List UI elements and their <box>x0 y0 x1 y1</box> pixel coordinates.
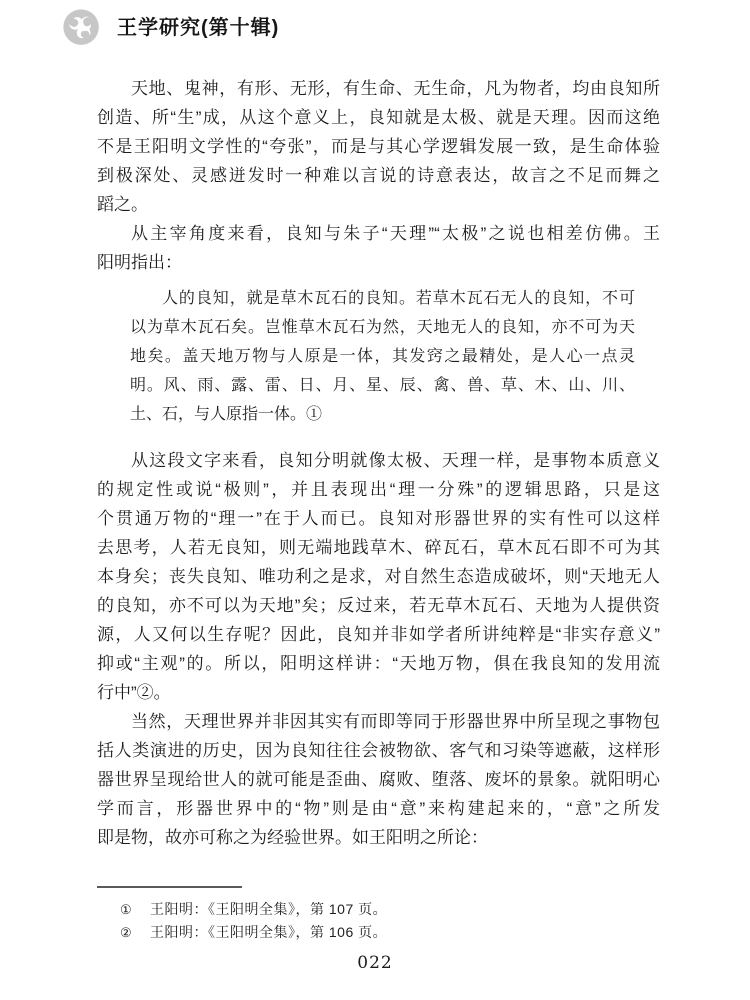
text-line: 的良知，亦不可以为天地”矣；反过来，若无草木瓦石、天地为人提供资 <box>97 591 660 620</box>
footnote-area: ①王阳明：《王阳明全集》，第 107 页。②王阳明：《王阳明全集》，第 106 … <box>97 886 660 944</box>
footnote-text: 王阳明：《王阳明全集》，第 107 页。 <box>150 901 387 917</box>
text-line: 人的良知，就是草木瓦石的良知。若草木瓦石无人的良知，不可 <box>130 284 635 313</box>
text-line: 土、石，与人原指一体。① <box>130 400 635 429</box>
text-line: 个贯通万物的“理一”在于人而已。良知对形器世界的实有性可以这样 <box>97 504 660 533</box>
text-line: 创造、所“生”成，从这个意义上，良知就是太极、就是天理。因而这绝 <box>97 103 660 132</box>
text-line: 从这段文字来看，良知分明就像太极、天理一样，是事物本质意义 <box>97 446 660 475</box>
paragraph: 从主宰角度来看，良知与朱子“天理”“太极”之说也相差仿佛。王阳明指出： <box>97 219 660 277</box>
footnote-marker: ① <box>120 898 150 921</box>
footnote-list: ①王阳明：《王阳明全集》，第 107 页。②王阳明：《王阳明全集》，第 106 … <box>97 898 660 944</box>
text-line: 蹈之。 <box>97 190 660 219</box>
text-line: 本身矣；丧失良知、唯功利之是求，对自然生态造成破坏，则“天地无人 <box>97 562 660 591</box>
text-line: 抑或“主观”的。所以，阳明这样讲：“天地万物，俱在我良知的发用流 <box>97 649 660 678</box>
text-line: 地矣。盖天地万物与人原是一体，其发窍之最精处，是人心一点灵 <box>130 342 635 371</box>
text-line: 学而言，形器世界中的“物”则是由“意”来构建起来的，“意”之所发 <box>97 794 660 823</box>
paragraph: 当然，天理世界并非因其实有而即等同于形器世界中所呈现之事物包括人类演进的历史，因… <box>97 707 660 852</box>
blockquote: 人的良知，就是草木瓦石的良知。若草木瓦石无人的良知，不可以为草木瓦石矣。岂惟草木… <box>130 284 635 429</box>
footnote-text: 王阳明：《王阳明全集》，第 106 页。 <box>150 924 387 940</box>
footnote: ①王阳明：《王阳明全集》，第 107 页。 <box>97 898 660 921</box>
triple-spiral-seal-icon <box>60 8 104 48</box>
text-line: 去思考，人若无良知，则无端地践草木、碎瓦石，草木瓦石即不可为其 <box>97 533 660 562</box>
text-line: 以为草木瓦石矣。岂惟草木瓦石为然，天地无人的良知，亦不可为天 <box>130 313 635 342</box>
text-line: 器世界呈现给世人的就可能是歪曲、腐败、堕落、废坏的景象。就阳明心 <box>97 765 660 794</box>
text-line: 从主宰角度来看，良知与朱子“天理”“太极”之说也相差仿佛。王 <box>97 219 660 248</box>
text-line: 源，人又何以生存呢？因此，良知并非如学者所讲纯粹是“非实存意义” <box>97 620 660 649</box>
paragraph: 天地、鬼神，有形、无形，有生命、无生命，凡为物者，均由良知所创造、所“生”成，从… <box>97 74 660 219</box>
text-line: 不是王阳明文学性的“夸张”，而是与其心学逻辑发展一致，是生命体验 <box>97 132 660 161</box>
footnote: ②王阳明：《王阳明全集》，第 106 页。 <box>97 921 660 944</box>
book-page: 王学研究(第十辑) 天地、鬼神，有形、无形，有生命、无生命，凡为物者，均由良知所… <box>0 0 750 1000</box>
footnote-divider <box>97 886 242 888</box>
text-line: 到极深处、灵感迸发时一种难以言说的诗意表达，故言之不足而舞之 <box>97 161 660 190</box>
running-head-title: 王学研究(第十辑) <box>117 8 279 48</box>
text-line: 明。风、雨、露、雷、日、月、星、辰、禽、兽、草、木、山、川、 <box>130 371 635 400</box>
footnote-marker: ② <box>120 921 150 944</box>
text-line: 即是物，故亦可称之为经验世界。如王阳明之所论： <box>97 823 660 852</box>
text-line: 天地、鬼神，有形、无形，有生命、无生命，凡为物者，均由良知所 <box>97 74 660 103</box>
page-number: 022 <box>0 953 750 973</box>
running-head: 王学研究(第十辑) <box>60 8 279 48</box>
text-line: 括人类演进的历史，因为良知往往会被物欲、客气和习染等遮蔽，这样形 <box>97 736 660 765</box>
text-body: 天地、鬼神，有形、无形，有生命、无生命，凡为物者，均由良知所创造、所“生”成，从… <box>97 74 660 852</box>
text-line: 的规定性或说“极则”，并且表现出“理一分殊”的逻辑思路，只是这 <box>97 475 660 504</box>
paragraph: 从这段文字来看，良知分明就像太极、天理一样，是事物本质意义的规定性或说“极则”，… <box>97 446 660 707</box>
text-line: 阳明指出： <box>97 248 660 277</box>
text-line: 行中”②。 <box>97 678 660 707</box>
text-line: 当然，天理世界并非因其实有而即等同于形器世界中所呈现之事物包 <box>97 707 660 736</box>
